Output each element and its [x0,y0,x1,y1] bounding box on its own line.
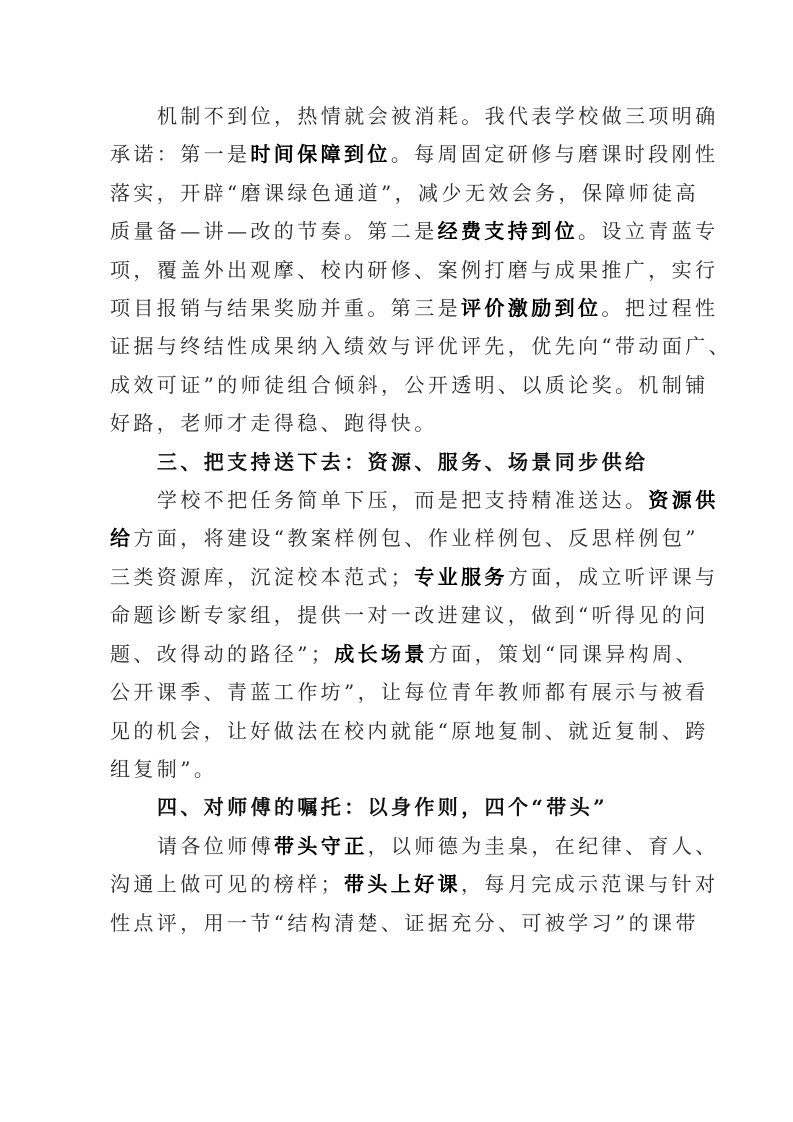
text-line: 质量备—讲—改的节奏。第二是经费支持到位。设立青蓝专 [110,212,673,250]
body-text: 题、改得动的路径”； [110,642,334,666]
body-paragraph: 学校不把任务简单下压，而是把支持精准送达。资源供给方面，将建设“教案样例包、作业… [110,481,673,788]
body-text: 承诺：第一是 [110,142,250,166]
body-text: 落实，开辟“磨课绿色通道”，减少无效会务，保障师徒高 [110,181,699,205]
body-text: 请各位师傅 [157,834,274,858]
document-page: 机制不到位，热情就会被消耗。我代表学校做三项明确承诺：第一是时间保障到位。每周固… [110,97,673,942]
text-line: 证据与终结性成果纳入绩效与评优评先，优先向“带动面广、 [110,327,673,365]
emphasis-text: 经费支持到位 [438,219,578,243]
emphasis-text: 评价激励到位 [461,296,601,320]
body-paragraph: 机制不到位，热情就会被消耗。我代表学校做三项明确承诺：第一是时间保障到位。每周固… [110,97,673,443]
body-text: 。把过程性 [601,296,718,320]
text-line: 性点评，用一节“结构清楚、证据充分、可被学习”的课带 [110,904,673,942]
text-line: 好路，老师才走得稳、跑得快。 [110,404,673,442]
text-line: 见的机会，让好做法在校内就能“原地复制、就近复制、跨 [110,712,673,750]
text-line: 给方面，将建设“教案样例包、作业样例包、反思样例包” [110,519,673,557]
body-text: 质量备—讲—改的节奏。第二是 [110,219,438,243]
text-line: 请各位师傅带头守正，以师德为圭臬，在纪律、育人、 [110,827,673,865]
body-text: 性点评，用一节“结构清楚、证据充分、可被学习”的课带 [110,911,699,935]
emphasis-text: 资源供 [648,488,718,512]
emphasis-text: 给 [110,526,133,550]
text-line: 公开课季、青蓝工作坊”，让每位青年教师都有展示与被看 [110,673,673,711]
body-text: 。每周固定研修与磨课时段刚性 [391,142,719,166]
emphasis-text: 带头守正 [274,834,368,858]
body-text: 方面，成立听评课与 [508,565,719,589]
body-text: 成效可证”的师徒组合倾斜，公开透明、以质论奖。机制铺 [110,373,709,397]
text-line: 组复制”。 [110,750,673,788]
text-line: 机制不到位，热情就会被消耗。我代表学校做三项明确 [110,97,673,135]
body-text: 机制不到位，热情就会被消耗。我代表学校做三项明确 [157,104,719,128]
body-text: 学校不把任务简单下压，而是把支持精准送达。 [157,488,648,512]
text-line: 题、改得动的路径”；成长场景方面，策划“同课异构周、 [110,635,673,673]
emphasis-text: 专业服务 [414,565,508,589]
section-heading: 三、把支持送下去：资源、服务、场景同步供给 [110,443,673,481]
body-text: 。设立青蓝专 [578,219,718,243]
body-paragraph: 请各位师傅带头守正，以师德为圭臬，在纪律、育人、沟通上做可见的榜样；带头上好课，… [110,827,673,942]
text-line: 学校不把任务简单下压，而是把支持精准送达。资源供 [110,481,673,519]
body-text: ，每月完成示范课与针对 [461,872,718,896]
body-text: 证据与终结性成果纳入绩效与评优评先，优先向“带动面广、 [110,334,732,358]
body-text: 好路，老师才走得稳、跑得快。 [110,411,438,435]
text-line: 落实，开辟“磨课绿色通道”，减少无效会务，保障师徒高 [110,174,673,212]
emphasis-text: 时间保障到位 [250,142,390,166]
text-line: 项，覆盖外出观摩、校内研修、案例打磨与成果推广，实行 [110,251,673,289]
section-heading: 四、对师傅的嘱托：以身作则，四个“带头” [110,788,673,826]
body-text: 公开课季、青蓝工作坊”，让每位青年教师都有展示与被看 [110,680,709,704]
text-line: 命题诊断专家组，提供一对一改进建议，做到“听得见的问 [110,596,673,634]
body-text: 项目报销与结果奖励并重。第三是 [110,296,461,320]
text-line: 成效可证”的师徒组合倾斜，公开透明、以质论奖。机制铺 [110,366,673,404]
emphasis-text: 带头上好课 [344,872,461,896]
emphasis-text: 成长场景 [334,642,428,666]
body-text: 沟通上做可见的榜样； [110,872,344,896]
body-text: 命题诊断专家组，提供一对一改进建议，做到“听得见的问 [110,603,709,627]
text-line: 三类资源库，沉淀校本范式；专业服务方面，成立听评课与 [110,558,673,596]
body-text: 三类资源库，沉淀校本范式； [110,565,414,589]
text-line: 承诺：第一是时间保障到位。每周固定研修与磨课时段刚性 [110,135,673,173]
body-text: 项，覆盖外出观摩、校内研修、案例打磨与成果推广，实行 [110,258,718,282]
body-text: 方面，将建设“教案样例包、作业样例包、反思样例包” [133,526,698,550]
body-text: 组复制”。 [110,757,217,781]
body-text: ，以师德为圭臬，在纪律、育人、 [368,834,719,858]
body-text: 方面，策划“同课异构周、 [428,642,699,666]
text-line: 沟通上做可见的榜样；带头上好课，每月完成示范课与针对 [110,865,673,903]
text-line: 项目报销与结果奖励并重。第三是评价激励到位。把过程性 [110,289,673,327]
body-text: 见的机会，让好做法在校内就能“原地复制、就近复制、跨 [110,719,709,743]
